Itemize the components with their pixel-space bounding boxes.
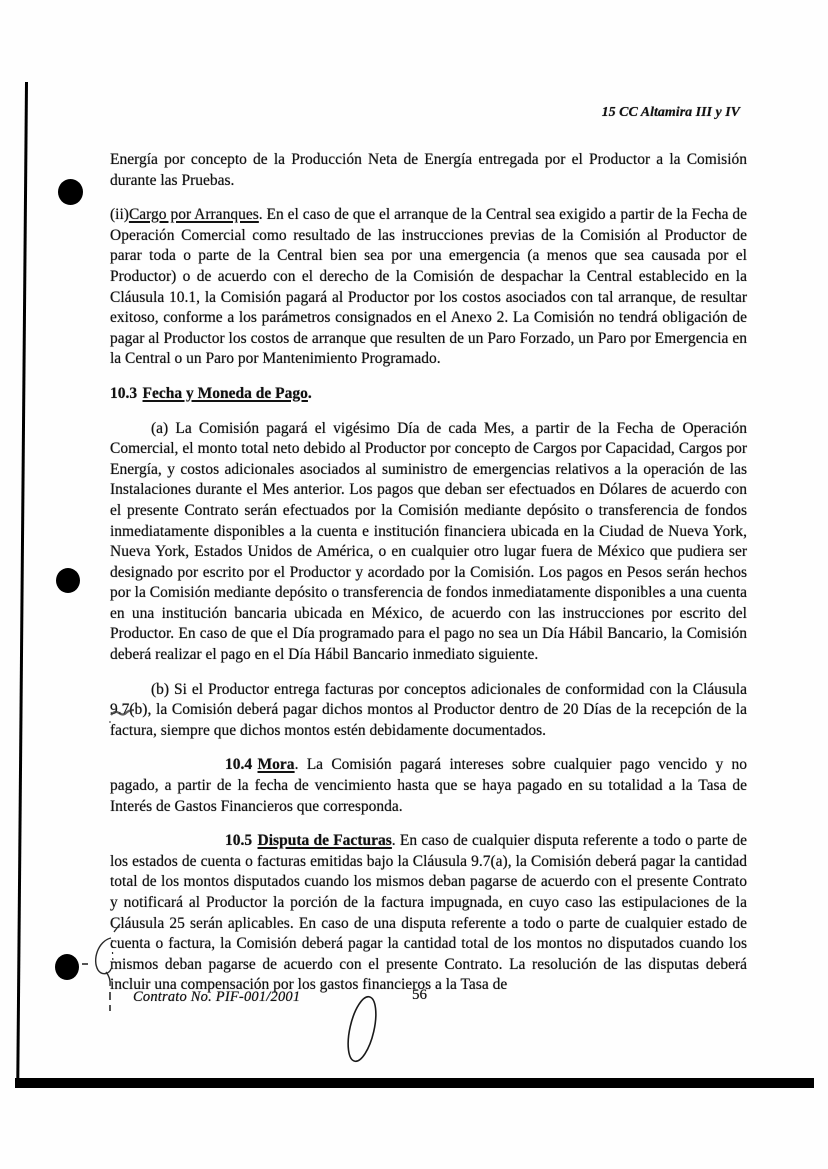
- clause-title-underlined: Disputa de Facturas: [258, 832, 392, 849]
- paragraph-pruebas-text: Energía por concepto de la Producción Ne…: [110, 151, 747, 189]
- paragraph-cargo-por-arranques: (ii)Cargo por Arranques. En el caso de q…: [110, 205, 747, 370]
- header-annotation: 15 CC Altamira III y IV: [602, 105, 740, 121]
- clause-text: . En caso de cualquier disputa referente…: [110, 832, 747, 993]
- paragraph-10-5-disputa: 10.5Disputa de Facturas. En caso de cual…: [110, 831, 747, 996]
- bottom-border-bar: [15, 1078, 814, 1088]
- clause-text: . La Comisión pagará intereses sobre cua…: [110, 756, 747, 814]
- hole-punch-dot: [55, 954, 79, 980]
- heading-10-3: 10.3Fecha y Moneda de Pago.: [110, 384, 747, 405]
- clause-number: 10.3: [110, 385, 137, 402]
- left-border-line: [16, 82, 28, 1078]
- paragraph-10-3-b-text: (b) Si el Productor entrega facturas por…: [110, 681, 747, 739]
- paragraph-10-3-a: (a) La Comisión pagará el vigésimo Día d…: [110, 419, 747, 666]
- paragraph-10-3-a-text: (a) La Comisión pagará el vigésimo Día d…: [110, 420, 747, 664]
- clause-number: 10.5: [225, 832, 252, 849]
- paragraph-pruebas: Energía por concepto de la Producción Ne…: [110, 150, 747, 191]
- paragraph-10-3-b: (b) Si el Productor entrega facturas por…: [110, 680, 747, 742]
- paragraph-10-4-mora: 10.4Mora. La Comisión pagará intereses s…: [110, 755, 747, 817]
- clause-prefix: (ii): [110, 206, 129, 223]
- hole-punch-dot: [58, 179, 83, 205]
- scanned-contract-page: 15 CC Altamira III y IV Energía por conc…: [0, 0, 828, 1169]
- hole-punch-dot: [56, 568, 80, 593]
- clause-text: . En el caso de que el arranque de la Ce…: [110, 206, 747, 367]
- clause-title-underlined: Fecha y Moneda de Pago: [143, 385, 308, 402]
- page-number: 56: [412, 987, 427, 1004]
- clause-title-underlined: Mora: [258, 756, 295, 773]
- clause-period: .: [308, 385, 312, 402]
- clause-title-underlined: Cargo por Arranques: [129, 206, 259, 223]
- contract-body: Energía por concepto de la Producción Ne…: [110, 150, 747, 1010]
- footer-contract-number: Contrato No. PIF-001/2001: [133, 989, 300, 1006]
- clause-number: 10.4: [225, 756, 252, 773]
